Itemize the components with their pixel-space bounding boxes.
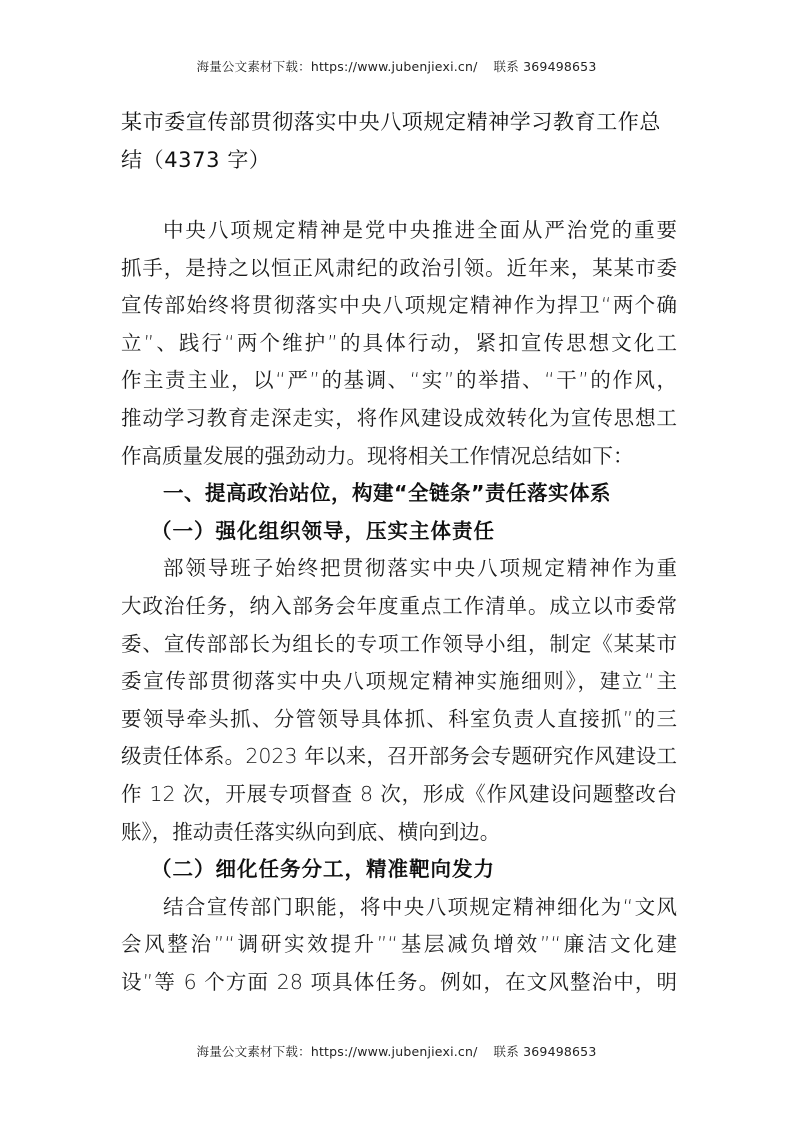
paragraph-line: 部领导班子始终把贯彻落实中央八项规定精神作为重 bbox=[121, 550, 677, 588]
paragraph-line: 设”等 6 个方面 28 项具体任务。例如，在文风整治中，明 bbox=[121, 964, 677, 1002]
title-line-2: 结（4373 字） bbox=[121, 141, 681, 179]
document-body: 中央八项规定精神是党中央推进全面从严治党的重要 抓手，是持之以恒正风肃纪的政治引… bbox=[121, 212, 677, 1001]
paragraph-line: 委宣传部贯彻落实中央八项规定精神实施细则》，建立“主 bbox=[121, 663, 677, 701]
subsection-heading-1: （一）强化组织领导，压实主体责任 bbox=[121, 513, 677, 551]
paragraph-line: 宣传部始终将贯彻落实中央八项规定精神作为捍卫“两个确 bbox=[121, 287, 677, 325]
paragraph-line: 作主责主业，以“严”的基调、“实”的举措、“干”的作风， bbox=[121, 362, 677, 400]
subsection-heading-2: （二）细化任务分工，精准靶向发力 bbox=[121, 851, 677, 889]
title-line-1: 某市委宣传部贯彻落实中央八项规定精神学习教育工作总 bbox=[121, 103, 681, 141]
page-header: 海量公文素材下载：https://www.jubenjiexi.cn/联系 36… bbox=[0, 57, 793, 75]
paragraph-line: 大政治任务，纳入部务会年度重点工作清单。成立以市委常 bbox=[121, 588, 677, 626]
paragraph-line: 立”、践行“两个维护”的具体行动，紧扣宣传思想文化工 bbox=[121, 325, 677, 363]
paragraph-line: 作 12 次，开展专项督查 8 次，形成《作风建设问题整改台 bbox=[121, 776, 677, 814]
footer-download-label: 海量公文素材下载：https://www.jubenjiexi.cn/ bbox=[197, 1044, 478, 1059]
paragraph-line: 中央八项规定精神是党中央推进全面从严治党的重要 bbox=[121, 212, 677, 250]
paragraph-line: 推动学习教育走深走实，将作风建设成效转化为宣传思想工 bbox=[121, 400, 677, 438]
footer-contact: 联系 369498653 bbox=[494, 1044, 597, 1059]
document-title: 某市委宣传部贯彻落实中央八项规定精神学习教育工作总 结（4373 字） bbox=[121, 103, 681, 179]
paragraph-line: 账》，推动责任落实纵向到底、横向到边。 bbox=[121, 814, 677, 852]
page-footer: 海量公文素材下载：https://www.jubenjiexi.cn/联系 36… bbox=[0, 1042, 793, 1060]
header-download-label: 海量公文素材下载：https://www.jubenjiexi.cn/ bbox=[197, 59, 478, 74]
section-heading-1: 一、提高政治站位，构建“全链条”责任落实体系 bbox=[121, 475, 677, 513]
paragraph-line: 作高质量发展的强劲动力。现将相关工作情况总结如下： bbox=[121, 438, 677, 476]
paragraph-line: 委、宣传部部长为组长的专项工作领导小组，制定《某某市 bbox=[121, 626, 677, 664]
paragraph-line: 要领导牵头抓、分管领导具体抓、科室负责人直接抓”的三 bbox=[121, 701, 677, 739]
paragraph-line: 抓手，是持之以恒正风肃纪的政治引领。近年来，某某市委 bbox=[121, 250, 677, 288]
paragraph-line: 会风整治”“调研实效提升”“基层减负增效”“廉洁文化建 bbox=[121, 926, 677, 964]
header-contact: 联系 369498653 bbox=[494, 59, 597, 74]
paragraph-line: 级责任体系。2023 年以来，召开部务会专题研究作风建设工 bbox=[121, 738, 677, 776]
paragraph-line: 结合宣传部门职能，将中央八项规定精神细化为“文风 bbox=[121, 889, 677, 927]
